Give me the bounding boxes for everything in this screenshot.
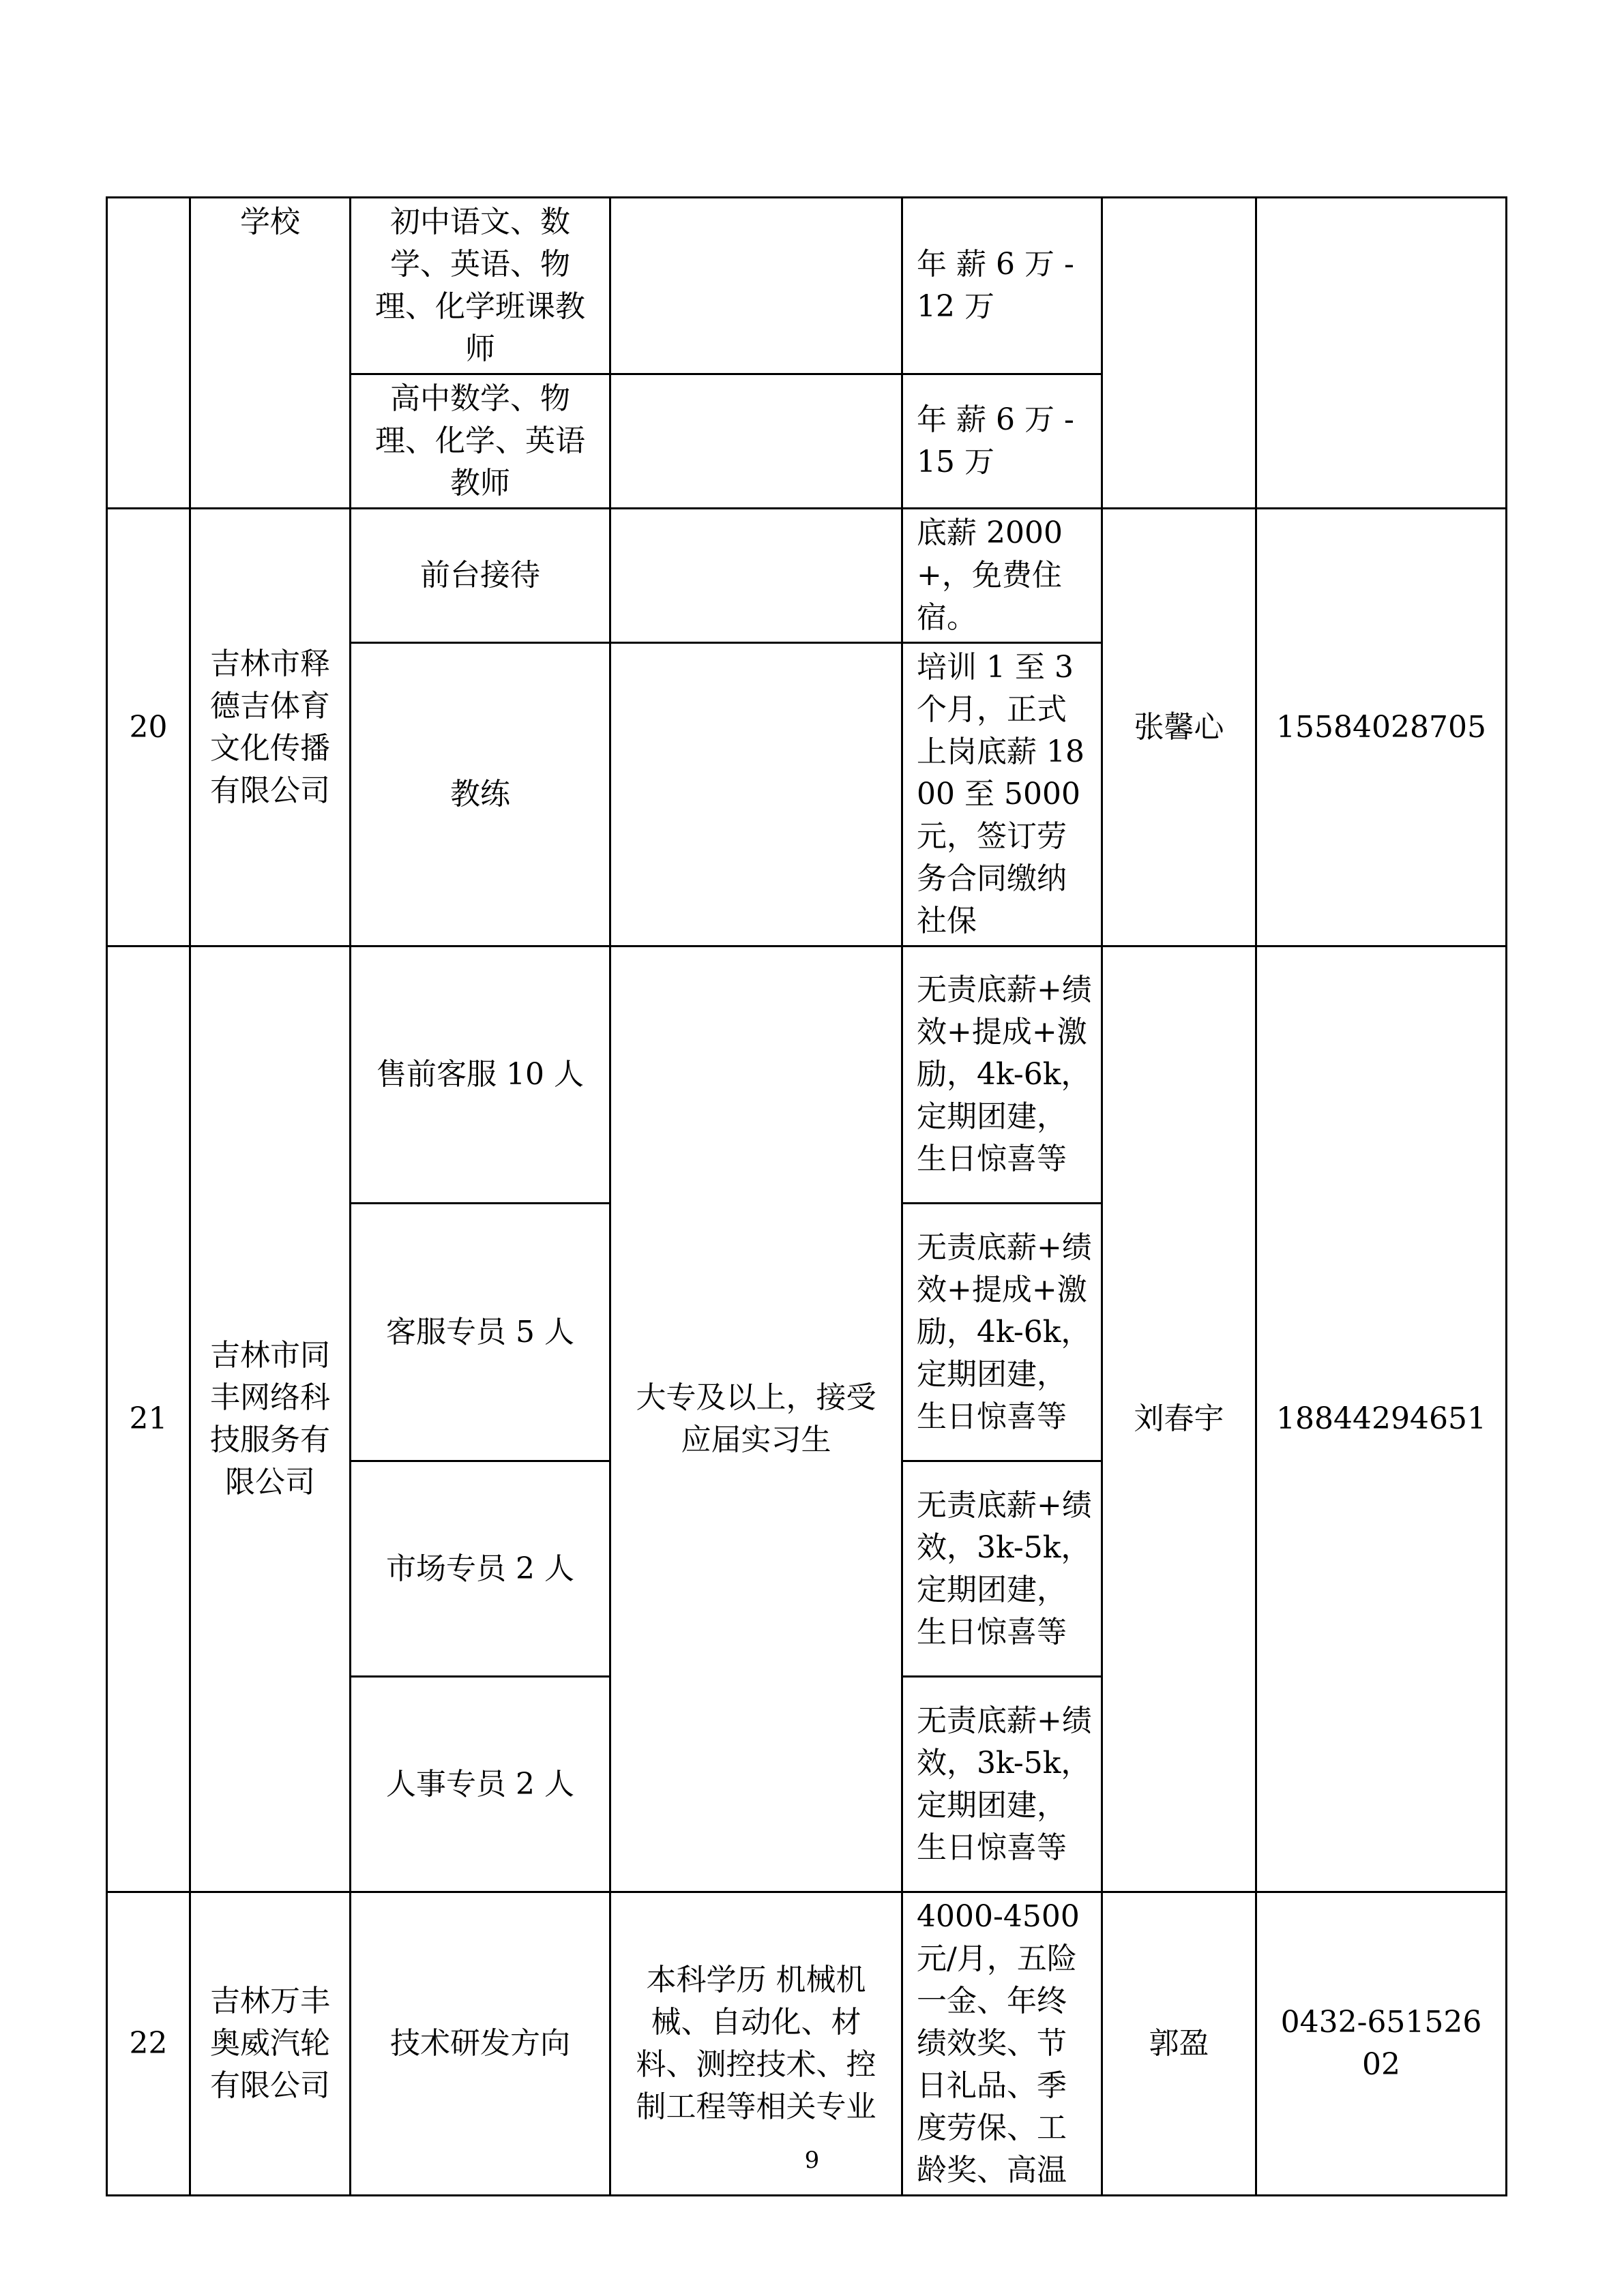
position-title: 教练 [351,643,610,946]
table-row: 21 吉林市同丰网络科技服务有限公司 售前客服 10 人 大专及以上，接受应届实… [107,946,1507,1204]
phone: 15584028705 [1256,509,1507,946]
job-listing-table: 学校 初中语文、数学、英语、物理、化学班课教师 年 薪 6 万 -12 万 高中… [106,196,1507,2196]
salary: 年 薪 6 万 -12 万 [902,198,1102,374]
requirement [610,198,902,374]
contact-person: 张馨心 [1102,509,1256,946]
requirement [610,509,902,643]
salary: 底薪 2000+，免费住宿。 [902,509,1102,643]
position-title: 售前客服 10 人 [351,946,610,1204]
position-title: 客服专员 5 人 [351,1204,610,1461]
salary: 年 薪 6 万 -15 万 [902,374,1102,509]
requirement: 大专及以上，接受应届实习生 [610,946,902,1892]
position-title: 人事专员 2 人 [351,1677,610,1892]
salary: 无责底薪+绩效，3k-5k，定期团建，生日惊喜等 [902,1677,1102,1892]
requirement [610,643,902,946]
requirement [610,374,902,509]
row-number: 20 [107,509,190,946]
phone: 18844294651 [1256,946,1507,1892]
company-name: 吉林市释德吉体育文化传播有限公司 [190,509,351,946]
contact-person [1102,198,1256,509]
row-number: 21 [107,946,190,1892]
phone [1256,198,1507,509]
position-title: 前台接待 [351,509,610,643]
salary: 培训 1 至 3 个月，正式上岗底薪 1800 至 5000 元，签订劳务合同缴… [902,643,1102,946]
salary: 无责底薪+绩效，3k-5k，定期团建，生日惊喜等 [902,1461,1102,1677]
row-number [107,198,190,509]
company-name: 吉林市同丰网络科技服务有限公司 [190,946,351,1892]
table-row: 20 吉林市释德吉体育文化传播有限公司 前台接待 底薪 2000+，免费住宿。 … [107,509,1507,643]
salary: 无责底薪+绩效+提成+激励，4k-6k，定期团建，生日惊喜等 [902,946,1102,1204]
contact-person: 刘春宇 [1102,946,1256,1892]
company-name: 学校 [190,198,351,509]
page-number: 9 [0,2147,1624,2174]
position-title: 市场专员 2 人 [351,1461,610,1677]
table-row: 学校 初中语文、数学、英语、物理、化学班课教师 年 薪 6 万 -12 万 [107,198,1507,374]
position-title: 高中数学、物理、化学、英语教师 [351,374,610,509]
salary: 无责底薪+绩效+提成+激励，4k-6k，定期团建，生日惊喜等 [902,1204,1102,1461]
position-title: 初中语文、数学、英语、物理、化学班课教师 [351,198,610,374]
